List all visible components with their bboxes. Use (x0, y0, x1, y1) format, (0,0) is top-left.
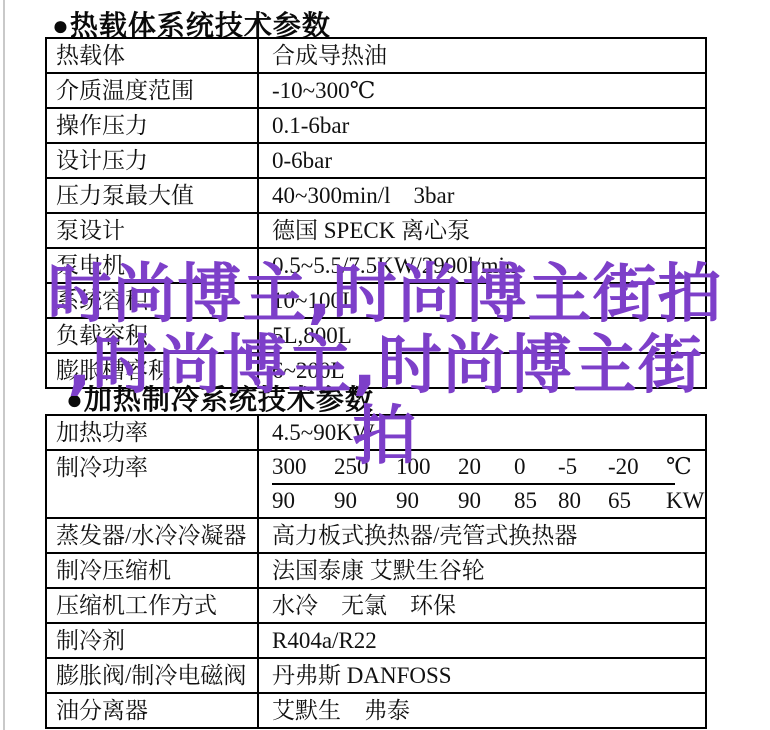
temp-value: -5 (558, 451, 608, 483)
row-label: 泵设计 (47, 214, 259, 247)
power-value: 80 (558, 485, 608, 517)
table-row: 蒸发器/水冷冷凝器 高力板式换热器/壳管式换热器 (47, 519, 705, 554)
cooling-power-line: 90 90 90 90 85 80 65 KW (272, 485, 705, 517)
temp-value: 250 (334, 451, 396, 483)
table-row: 泵电机 0.5~5.5/7.5KW/2900l/min (47, 249, 705, 284)
row-label: 负载容积 (47, 319, 259, 352)
row-value: -10~300℃ (259, 74, 705, 107)
row-label: 设计压力 (47, 144, 259, 177)
row-label: 制冷剂 (47, 624, 259, 657)
row-label: 热载体 (47, 39, 259, 72)
row-value: 4.5~90KW (259, 416, 705, 449)
table-row: 压力泵最大值 40~300min/l 3bar (47, 179, 705, 214)
row-label: 泵电机 (47, 249, 259, 282)
row-value: 艾默生 弗泰 (259, 694, 705, 727)
row-value: 300 250 100 20 0 -5 -20 ℃ 90 90 90 90 85… (259, 451, 705, 517)
temp-value: -20 (608, 451, 666, 483)
row-value: 德国 SPECK 离心泵 (259, 214, 705, 247)
heating-cooling-spec-table: 加热功率 4.5~90KW 制冷功率 300 250 100 20 0 -5 -… (45, 414, 707, 729)
row-value: 法国泰康 艾默生谷轮 (259, 554, 705, 587)
table-row: 制冷压缩机 法国泰康 艾默生谷轮 (47, 554, 705, 589)
temp-value: 300 (272, 451, 334, 483)
row-label: 压力泵最大值 (47, 179, 259, 212)
row-label: 介质温度范围 (47, 74, 259, 107)
row-label: 蒸发器/水冷冷凝器 (47, 519, 259, 552)
table-row: 介质温度范围 -10~300℃ (47, 74, 705, 109)
table-row: 热载体 合成导热油 (47, 39, 705, 74)
row-label: 制冷功率 (47, 451, 259, 517)
table-row: 油分离器 艾默生 弗泰 (47, 694, 705, 727)
table-row: 膨胀阀/制冷电磁阀 丹弗斯 DANFOSS (47, 659, 705, 694)
table-row: 操作压力 0.1-6bar (47, 109, 705, 144)
power-value: 90 (458, 485, 514, 517)
row-label: 制冷压缩机 (47, 554, 259, 587)
row-value: R404a/R22 (259, 624, 705, 657)
power-value: 65 (608, 485, 666, 517)
temp-value: 0 (514, 451, 558, 483)
row-label: 系统容积 (47, 284, 259, 317)
row-value: 高力板式换热器/壳管式换热器 (259, 519, 705, 552)
temp-value: 100 (396, 451, 458, 483)
row-value: 水冷 无氯 环保 (259, 589, 705, 622)
table-row-cooling-power: 制冷功率 300 250 100 20 0 -5 -20 ℃ 90 90 90 … (47, 451, 705, 519)
power-value: 90 (334, 485, 396, 517)
table-row: 负载容积 5L,800L (47, 319, 705, 354)
table-row: 系统容积 10~100L (47, 284, 705, 319)
cooling-temperature-line: 300 250 100 20 0 -5 -20 ℃ (272, 451, 675, 485)
table-row: 泵设计 德国 SPECK 离心泵 (47, 214, 705, 249)
temp-value: 20 (458, 451, 514, 483)
row-label: 操作压力 (47, 109, 259, 142)
table-row: 设计压力 0-6bar (47, 144, 705, 179)
temp-unit: ℃ (666, 451, 705, 483)
row-value: 丹弗斯 DANFOSS (259, 659, 705, 692)
row-value: 40~300min/l 3bar (259, 179, 705, 212)
scan-edge-artifact (3, 0, 5, 730)
row-value: 10~100L (259, 284, 705, 317)
row-label: 加热功率 (47, 416, 259, 449)
row-label: 膨胀阀/制冷电磁阀 (47, 659, 259, 692)
row-label: 油分离器 (47, 694, 259, 727)
power-value: 90 (396, 485, 458, 517)
row-value: 0.1-6bar (259, 109, 705, 142)
row-value: 5L,800L (259, 319, 705, 352)
power-value: 90 (272, 485, 334, 517)
power-value: 85 (514, 485, 558, 517)
power-unit: KW (666, 485, 705, 517)
table-row: 加热功率 4.5~90KW (47, 416, 705, 451)
table-row: 压缩机工作方式 水冷 无氯 环保 (47, 589, 705, 624)
table-row: 制冷剂 R404a/R22 (47, 624, 705, 659)
row-value: 0-6bar (259, 144, 705, 177)
row-label: 压缩机工作方式 (47, 589, 259, 622)
row-value: 0.5~5.5/7.5KW/2900l/min (259, 249, 705, 282)
row-value: 合成导热油 (259, 39, 705, 72)
section-heading-heating-cooling: ●加热制冷系统技术参数 (66, 378, 374, 418)
heat-carrier-spec-table: 热载体 合成导热油 介质温度范围 -10~300℃ 操作压力 0.1-6bar … (45, 37, 707, 389)
